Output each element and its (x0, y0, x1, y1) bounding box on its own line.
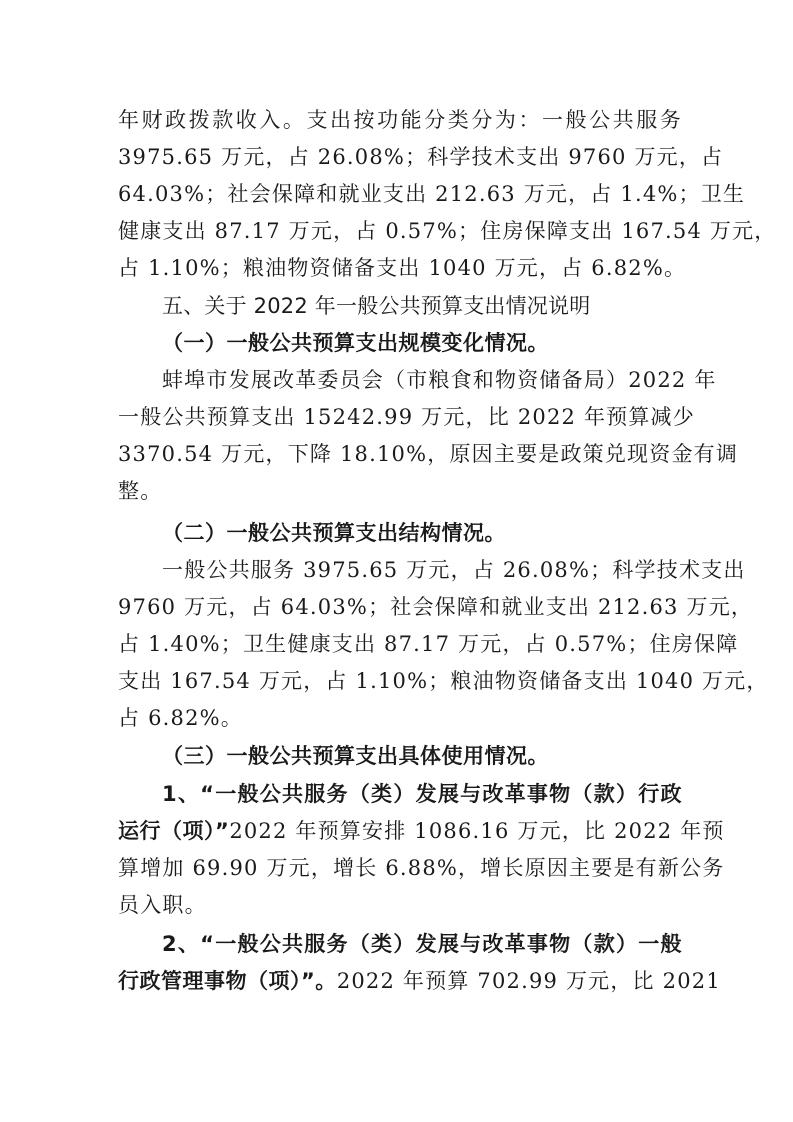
item-2-line-1-text: 2022 年预算 702.99 万元，比 2021 (337, 969, 721, 993)
subsection-1-heading: （一）一般公共预算支出规模变化情况。 (162, 325, 549, 361)
item-1-line-1: 运行（项）”2022 年预算安排 1086.16 万元，比 2022 年预 (118, 813, 682, 849)
item-2-title-tail: 行政管理事物（项）”。 (118, 969, 337, 993)
subsection-2-line-3: 占 1.40%；卫生健康支出 87.17 万元，占 0.57%；住房保障 (118, 626, 682, 662)
section-five-heading: 五、关于 2022 年一般公共预算支出情况说明 (162, 288, 590, 324)
subsection-3-heading: （三）一般公共预算支出具体使用情况。 (162, 738, 549, 774)
item-1-line-1-text: 2022 年预算安排 1086.16 万元，比 2022 年预 (229, 819, 724, 843)
intro-line-1: 年财政拨款收入。支出按功能分类分为：一般公共服务 (118, 102, 682, 138)
intro-line-2: 3975.65 万元，占 26.08%；科学技术支出 9760 万元，占 (118, 139, 682, 175)
subsection-2-line-1: 一般公共服务 3975.65 万元，占 26.08%；科学技术支出 (162, 552, 682, 588)
item-1-line-2: 算增加 69.90 万元，增长 6.88%，增长原因主要是有新公务 (118, 850, 682, 886)
subsection-2-line-5: 占 6.82%。 (118, 700, 243, 736)
subsection-1-line-3: 3370.54 万元，下降 18.10%，原因主要是政策兑现资金有调 (118, 436, 682, 472)
intro-line-5: 占 1.10%；粮油物资储备支出 1040 万元，占 6.82%。 (118, 250, 686, 286)
subsection-2-line-4: 支出 167.54 万元，占 1.10%；粮油物资储备支出 1040 万元， (118, 663, 682, 699)
item-1-line-3: 员入职。 (118, 887, 207, 923)
intro-line-3: 64.03%；社会保障和就业支出 212.63 万元，占 1.4%；卫生 (118, 176, 682, 212)
subsection-2-heading: （二）一般公共预算支出结构情况。 (162, 515, 506, 551)
item-1-title-tail: 运行（项）” (118, 819, 229, 843)
subsection-1-line-4: 整。 (118, 473, 162, 509)
intro-line-4: 健康支出 87.17 万元，占 0.57%；住房保障支出 167.54 万元， (118, 213, 682, 249)
item-2-line-1: 行政管理事物（项）”。2022 年预算 702.99 万元，比 2021 (118, 963, 682, 999)
subsection-1-line-1: 蚌埠市发展改革委员会（市粮食和物资储备局）2022 年 (162, 362, 682, 398)
item-1-title: 1、“一般公共服务（类）发展与改革事物（款）行政 (162, 776, 682, 812)
subsection-2-line-2: 9760 万元，占 64.03%；社会保障和就业支出 212.63 万元， (118, 589, 682, 625)
subsection-1-line-2: 一般公共预算支出 15242.99 万元，比 2022 年预算减少 (118, 399, 682, 435)
item-2-title: 2、“一般公共服务（类）发展与改革事物（款）一般 (162, 926, 682, 962)
